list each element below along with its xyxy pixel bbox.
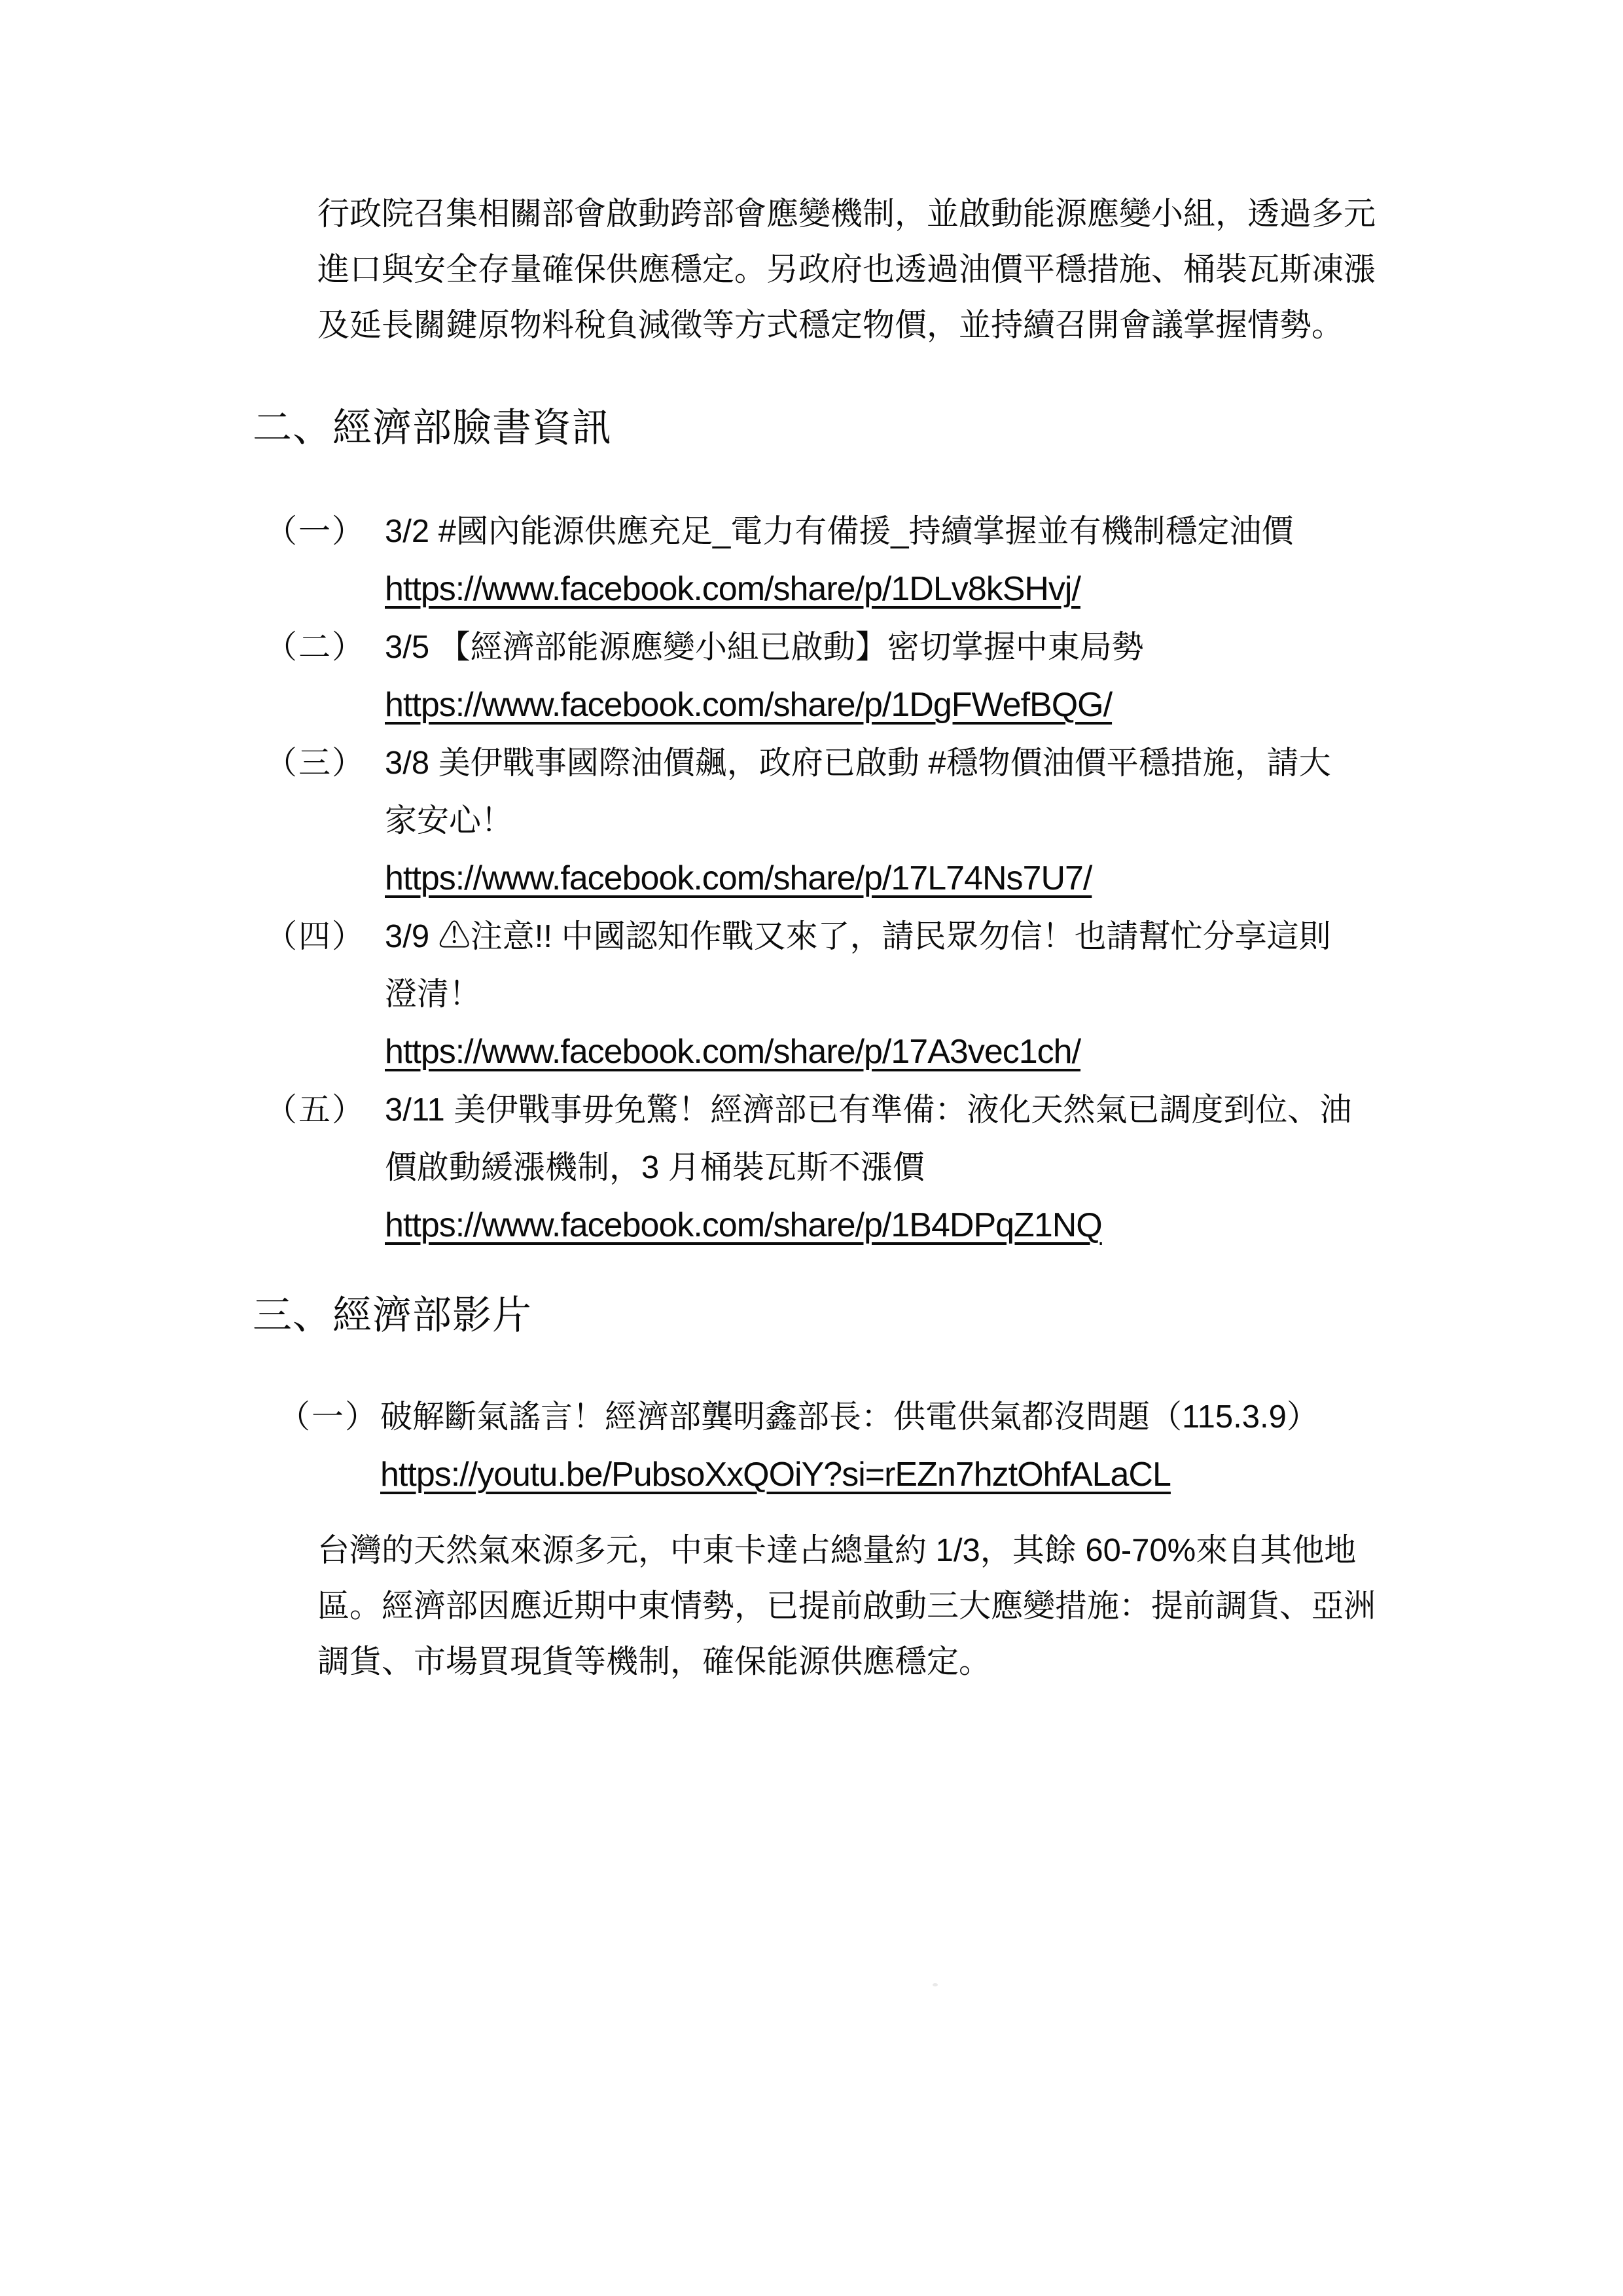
item-title-line: 澄清！ [385, 965, 1404, 1023]
facebook-item: （二） 3/5 【經濟部能源應變小組已啟動】密切掌握中東局勢 https://w… [265, 619, 1404, 734]
summary-line: 調貨、市場買現貨等機制，確保能源供應穩定。 [317, 1634, 1430, 1690]
video-item-list: （一） 破解斷氣謠言！經濟部龔明鑫部長：供電供氣都沒問題（115.3.9） ht… [278, 1388, 1417, 1504]
video-item: （一） 破解斷氣謠言！經濟部龔明鑫部長：供電供氣都沒問題（115.3.9） ht… [278, 1388, 1417, 1504]
item-title-line: 3/8 美伊戰事國際油價飆，政府已啟動 #穩物價油價平穩措施，請大 [385, 734, 1404, 792]
youtube-video-link[interactable]: https://youtu.be/PubsoXxQOiY?si=rEZn7hzt… [380, 1456, 1171, 1494]
item-ordinal-label: （一） [278, 1388, 378, 1446]
item-title-line: 3/2 #國內能源供應充足_電力有備援_持續掌握並有機制穩定油價 [385, 503, 1404, 560]
intro-line: 及延長關鍵原物料稅負減徵等方式穩定物價，並持續召開會議掌握情勢。 [317, 298, 1430, 353]
facebook-item: （三） 3/8 美伊戰事國際油價飆，政府已啟動 #穩物價油價平穩措施，請大 家安… [265, 734, 1404, 908]
item-title-line: 破解斷氣謠言！經濟部龔明鑫部長：供電供氣都沒問題（115.3.9） [380, 1388, 1417, 1446]
item-title-line: 3/9 ⚠注意!! 中國認知作戰又來了，請民眾勿信！也請幫忙分享這則 [385, 908, 1404, 965]
facebook-item: （一） 3/2 #國內能源供應充足_電力有備援_持續掌握並有機制穩定油價 htt… [265, 503, 1404, 619]
item-ordinal-label: （四） [265, 908, 365, 965]
item-ordinal-label: （二） [265, 619, 365, 676]
facebook-post-link[interactable]: https://www.facebook.com/share/p/17A3vec… [385, 1033, 1080, 1071]
item-ordinal-label: （三） [265, 734, 365, 792]
summary-paragraph: 台灣的天然氣來源多元，中東卡達占總量約 1/3，其餘 60-70%來自其他地 區… [317, 1523, 1430, 1690]
intro-paragraph: 行政院召集相關部會啟動跨部會應變機制，並啟動能源應變小組，透過多元 進口與安全存… [317, 187, 1430, 353]
facebook-post-link[interactable]: https://www.facebook.com/share/p/1DLv8kS… [385, 570, 1080, 608]
intro-line: 進口與安全存量確保供應穩定。另政府也透過油價平穩措施、桶裝瓦斯凍漲 [317, 242, 1430, 298]
scan-speck-artifact [933, 1983, 938, 1986]
item-title-line: 價啟動緩漲機制，3 月桶裝瓦斯不漲價 [385, 1139, 1404, 1196]
facebook-item-list: （一） 3/2 #國內能源供應充足_電力有備援_持續掌握並有機制穩定油價 htt… [265, 503, 1404, 1255]
item-ordinal-label: （一） [265, 503, 365, 560]
facebook-post-link[interactable]: https://www.facebook.com/share/p/1B4DPqZ… [385, 1206, 1102, 1244]
intro-line: 行政院召集相關部會啟動跨部會應變機制，並啟動能源應變小組，透過多元 [317, 187, 1430, 242]
document-page: 行政院召集相關部會啟動跨部會應變機制，並啟動能源應變小組，透過多元 進口與安全存… [0, 0, 1623, 2296]
facebook-item: （五） 3/11 美伊戰事毋免驚！經濟部已有準備：液化天然氣已調度到位、油 價啟… [265, 1081, 1404, 1255]
summary-line: 台灣的天然氣來源多元，中東卡達占總量約 1/3，其餘 60-70%來自其他地 [317, 1523, 1430, 1579]
item-title-line: 3/11 美伊戰事毋免驚！經濟部已有準備：液化天然氣已調度到位、油 [385, 1081, 1404, 1139]
item-title-line: 3/5 【經濟部能源應變小組已啟動】密切掌握中東局勢 [385, 619, 1404, 676]
video-section-heading: 三、經濟部影片 [253, 1292, 532, 1339]
item-title-line: 家安心！ [385, 792, 1404, 850]
facebook-post-link[interactable]: https://www.facebook.com/share/p/17L74Ns… [385, 859, 1092, 897]
item-ordinal-label: （五） [265, 1081, 365, 1139]
facebook-item: （四） 3/9 ⚠注意!! 中國認知作戰又來了，請民眾勿信！也請幫忙分享這則 澄… [265, 908, 1404, 1081]
facebook-post-link[interactable]: https://www.facebook.com/share/p/1DgFWef… [385, 686, 1112, 724]
summary-line: 區。經濟部因應近期中東情勢，已提前啟動三大應變措施：提前調貨、亞洲 [317, 1579, 1430, 1634]
facebook-section-heading: 二、經濟部臉書資訊 [253, 404, 612, 452]
